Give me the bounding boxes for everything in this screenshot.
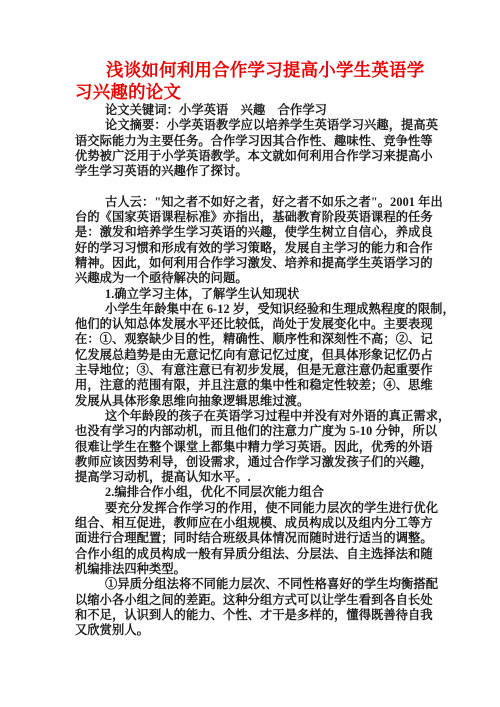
text-line: 2.编排合作小组，优化不同层次能力组合	[75, 485, 433, 500]
text-line: 发展从具体形象思维向抽象逻辑思维过渡。	[75, 394, 433, 409]
title-line: 浅谈如何利用合作学习提高小学生英语学	[75, 59, 433, 81]
text-line: 论文摘要：小学英语教学应以培养学生英语学习兴趣，提高英	[75, 118, 433, 133]
text-line: 组合、相互促进，教师应在小组规模、成员构成以及组内分工等方	[75, 516, 433, 531]
text-line: 主导地位；③、有意注意已有初步发展，但是无意注意仍起重要作	[75, 363, 433, 378]
text-line: 是：激发和培养学生学习英语的兴趣，使学生树立自信心，养成良	[75, 225, 433, 240]
text-line: 面进行合理配置；同时结合班级具体情况而随时进行适当的调整。	[75, 531, 433, 546]
text-line: 小学生年龄集中在 6-12 岁，受知识经验和生理成熟程度的限制，	[75, 302, 433, 317]
blank-line	[75, 179, 433, 194]
text-line: 兴趣成为一个亟待解决的问题。	[75, 271, 433, 286]
text-line: 要充分发挥合作学习的作用，使不同能力层次的学生进行优化	[75, 501, 433, 516]
text-line: ①异质分组法将不同能力层次、不同性格喜好的学生均衡搭配	[75, 577, 433, 592]
text-line: 教师应该因势利导，创设需求，通过合作学习激发孩子们的兴趣，	[75, 455, 433, 470]
text-line: 论文关键词：小学英语 兴趣 合作学习	[75, 103, 433, 118]
document-page: 浅谈如何利用合作学习提高小学生英语学习兴趣的论文 论文关键词：小学英语 兴趣 合…	[0, 0, 500, 707]
text-line: 以缩小各小组之间的差距。这种分组方式可以让学生看到各自长处	[75, 593, 433, 608]
text-line: 台的《国家英语课程标准》亦指出，基础教育阶段英语课程的任务	[75, 210, 433, 225]
text-line: 古人云："知之者不如好之者，好之者不如乐之者"。2001 年出	[75, 195, 433, 210]
text-line: 在：①、观察缺少目的性，精确性、顺序性和深刻性不高；②、记	[75, 332, 433, 347]
text-line: 优势被广泛用于小学英语教学。本文就如何利用合作学习来提高小	[75, 149, 433, 164]
title-line: 习兴趣的论文	[75, 81, 433, 103]
text-line: 也没有学习的内部动机，而且他们的注意力广度为 5-10 分钟，所以	[75, 424, 433, 439]
text-line: 语交际能力为主要任务。合作学习因其合作性、趣味性、竞争性等	[75, 134, 433, 149]
document-title: 浅谈如何利用合作学习提高小学生英语学习兴趣的论文	[75, 59, 433, 103]
document-body: 论文关键词：小学英语 兴趣 合作学习论文摘要：小学英语教学应以培养学生英语学习兴…	[75, 103, 433, 638]
text-line: 用，注意的范围有限，并且注意的集中性和稳定性较差；④、思维	[75, 378, 433, 393]
text-line: 学生学习英语的兴趣作了探讨。	[75, 164, 433, 179]
text-line: 1.确立学习主体，了解学生认知现状	[75, 287, 433, 302]
text-line: 忆发展总趋势是由无意记忆向有意记忆过度，但具体形象记忆仍占	[75, 348, 433, 363]
text-line: 精神。因此，如何利用合作学习激发、培养和提高学生英语学习的	[75, 256, 433, 271]
text-line: 这个年龄段的孩子在英语学习过程中并没有对外语的真正需求，	[75, 409, 433, 424]
text-line: 很难让学生在整个课堂上都集中精力学习英语。因此，优秀的外语	[75, 440, 433, 455]
text-line: 提高学习动机，提高认知水平。.	[75, 470, 433, 485]
text-line: 合作小组的成员构成一般有异质分组法、分层法、自主选择法和随	[75, 547, 433, 562]
text-line: 他们的认知总体发展水平还比较低，尚处于发展变化中。主要表现	[75, 317, 433, 332]
text-line: 和不足，认识到人的能力、个性、才干是多样的，懂得既善待自我	[75, 608, 433, 623]
text-line: 机编排法四种类型。	[75, 562, 433, 577]
text-line: 好的学习习惯和形成有效的学习策略，发展自主学习的能力和合作	[75, 241, 433, 256]
document-content: 浅谈如何利用合作学习提高小学生英语学习兴趣的论文 论文关键词：小学英语 兴趣 合…	[75, 59, 433, 638]
text-line: 又欣赏别人。	[75, 623, 433, 638]
